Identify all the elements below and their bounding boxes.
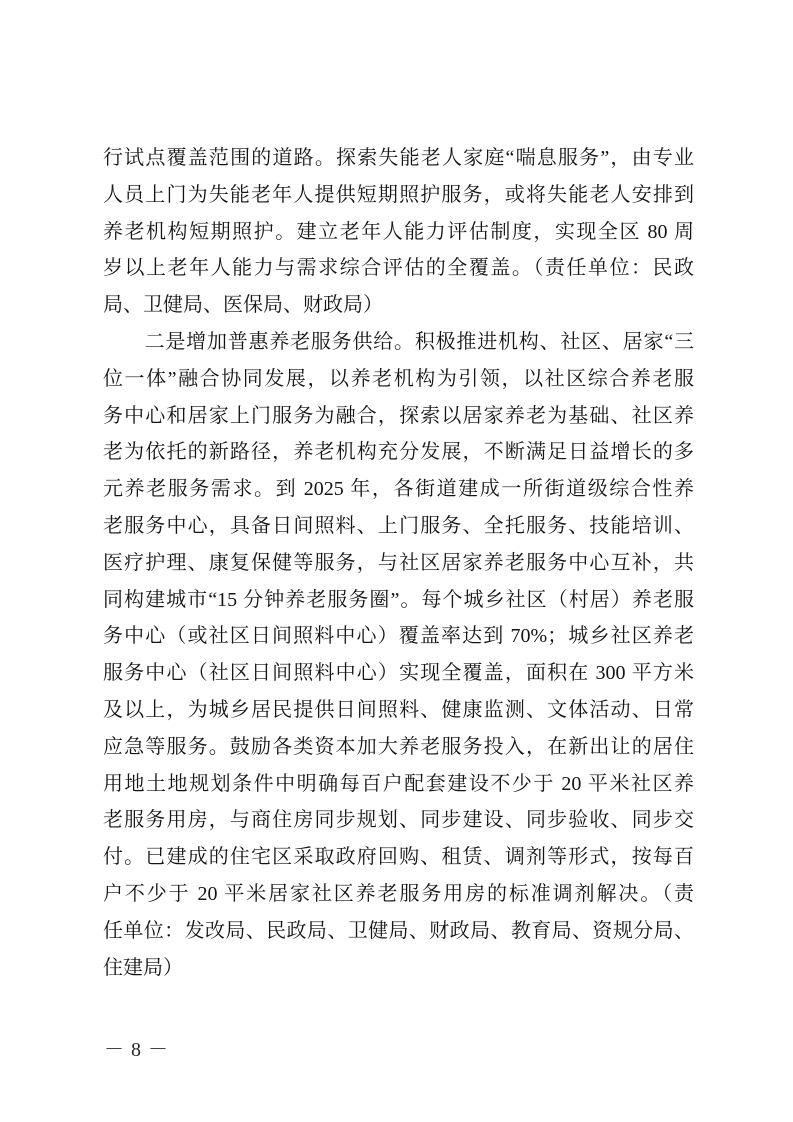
text-line: 服务中心（社区日间照料中心）实现全覆盖，面积在 300 平方米 [103, 655, 694, 692]
paragraph-continuation: 行试点覆盖范围的道路。探索失能老人家庭“喘息服务”，由专业人员上门为失能老年人提… [103, 140, 694, 324]
text-line: 局、卫健局、医保局、财政局） [103, 287, 694, 324]
text-line: 行试点覆盖范围的道路。探索失能老人家庭“喘息服务”，由专业 [103, 140, 694, 177]
text-line: 二是增加普惠养老服务供给。积极推进机构、社区、居家“三 [103, 324, 694, 361]
text-line: 医疗护理、康复保健等服务，与社区居家养老服务中心互补，共 [103, 545, 694, 582]
text-line: 岁以上老年人能力与需求综合评估的全覆盖。（责任单位：民政 [103, 250, 694, 287]
text-line: 用地土地规划条件中明确每百户配套建设不少于 20 平米社区养 [103, 766, 694, 803]
text-line: 养老机构短期照护。建立老年人能力评估制度，实现全区 80 周 [103, 214, 694, 251]
text-line: 付。已建成的住宅区采取政府回购、租赁、调剂等形式，按每百 [103, 839, 694, 876]
text-line: 及以上，为城乡居民提供日间照料、健康监测、文体活动、日常 [103, 692, 694, 729]
document-body: 行试点覆盖范围的道路。探索失能老人家庭“喘息服务”，由专业人员上门为失能老年人提… [103, 140, 694, 986]
text-line: 任单位：发改局、民政局、卫健局、财政局、教育局、资规分局、 [103, 913, 694, 950]
text-line: 住建局） [103, 950, 694, 987]
text-line: 位一体”融合协同发展，以养老机构为引领，以社区综合养老服 [103, 361, 694, 398]
text-line: 人员上门为失能老年人提供短期照护服务，或将失能老人安排到 [103, 177, 694, 214]
text-line: 老为依托的新路径，养老机构充分发展，不断满足日益增长的多 [103, 434, 694, 471]
text-line: 元养老服务需求。到 2025 年，各街道建成一所街道级综合性养 [103, 471, 694, 508]
text-line: 户不少于 20 平米居家社区养老服务用房的标准调剂解决。（责 [103, 876, 694, 913]
text-line: 务中心和居家上门服务为融合，探索以居家养老为基础、社区养 [103, 398, 694, 435]
page-number: － 8 － [104, 1036, 169, 1064]
document-page: 行试点覆盖范围的道路。探索失能老人家庭“喘息服务”，由专业人员上门为失能老年人提… [0, 0, 793, 1122]
text-line: 老服务中心，具备日间照料、上门服务、全托服务、技能培训、 [103, 508, 694, 545]
text-line: 老服务用房，与商住房同步规划、同步建设、同步验收、同步交 [103, 802, 694, 839]
text-line: 同构建城市“15 分钟养老服务圈”。每个城乡社区（村居）养老服 [103, 582, 694, 619]
paragraph-second-item: 二是增加普惠养老服务供给。积极推进机构、社区、居家“三位一体”融合协同发展，以养… [103, 324, 694, 986]
text-line: 务中心（或社区日间照料中心）覆盖率达到 70%；城乡社区养老 [103, 618, 694, 655]
text-line: 应急等服务。鼓励各类资本加大养老服务投入，在新出让的居住 [103, 729, 694, 766]
